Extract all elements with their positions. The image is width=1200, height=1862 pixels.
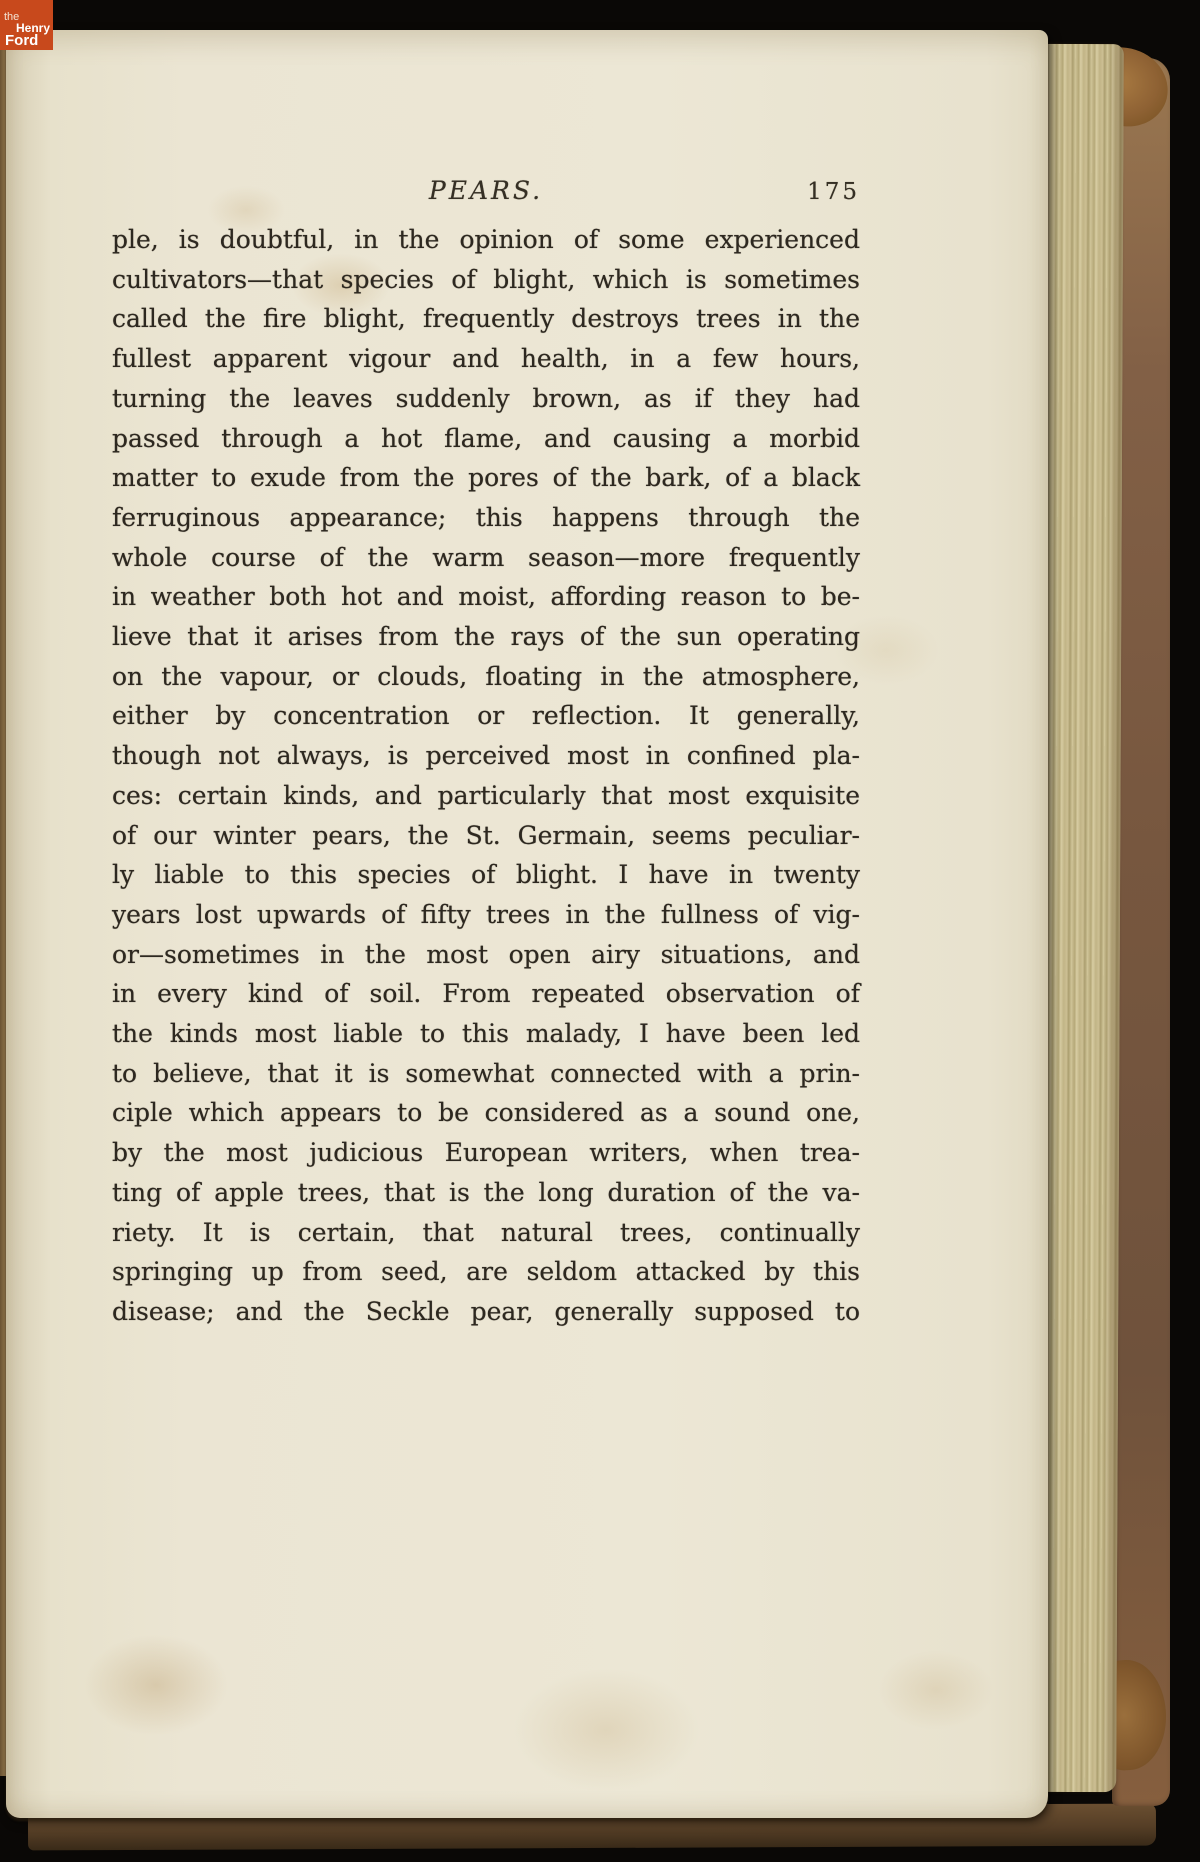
text-line: ferruginous appearance; this happens thr… [112, 498, 860, 538]
text-line: riety. It is certain, that natural trees… [112, 1213, 860, 1253]
text-line: ple, is doubtful, in the opinion of some… [112, 220, 860, 260]
text-line: cultivators—that species of blight, whic… [112, 260, 860, 300]
text-line: either by concentration or reflection. I… [112, 696, 860, 736]
text-line: by the most judicious European writers, … [112, 1133, 860, 1173]
text-line: turning the leaves suddenly brown, as if… [112, 379, 860, 419]
body-text: ple, is doubtful, in the opinion of some… [112, 220, 860, 1332]
text-line: in every kind of soil. From repeated obs… [112, 974, 860, 1014]
text-line: springing up from seed, are seldom attac… [112, 1252, 860, 1292]
text-line: or—sometimes in the most open airy situa… [112, 935, 860, 975]
book-fore-edge [1036, 44, 1124, 1792]
text-line: of our winter pears, the St. Germain, se… [112, 816, 860, 856]
text-line: though not always, is perceived most in … [112, 736, 860, 776]
logo-word-ford: Ford [5, 32, 38, 49]
text-line: disease; and the Seckle pear, generally … [112, 1292, 860, 1332]
text-line: in weather both hot and moist, affording… [112, 577, 860, 617]
text-line: called the fire blight, frequently destr… [112, 299, 860, 339]
text-line: the kinds most liable to this malady, I … [112, 1014, 860, 1054]
text-line: fullest apparent vigour and health, in a… [112, 339, 860, 379]
text-line: years lost upwards of fifty trees in the… [112, 895, 860, 935]
text-line: passed through a hot flame, and causing … [112, 419, 860, 459]
book-page: PEARS. 175 ple, is doubtful, in the opin… [6, 30, 1048, 1818]
text-line: ces: certain kinds, and particularly tha… [112, 776, 860, 816]
running-header-title: PEARS. [429, 176, 543, 205]
text-line: on the vapour, or clouds, floating in th… [112, 657, 860, 697]
text-line: ting of apple trees, that is the long du… [112, 1173, 860, 1213]
book-photo: PEARS. 175 ple, is doubtful, in the opin… [0, 0, 1200, 1862]
page-number: 175 [807, 179, 860, 205]
text-line: to believe, that it is somewhat connecte… [112, 1054, 860, 1094]
text-line: lieve that it arises from the rays of th… [112, 617, 860, 657]
running-header: PEARS. 175 [112, 176, 860, 216]
text-line: ly liable to this species of blight. I h… [112, 855, 860, 895]
text-line: matter to exude from the pores of the ba… [112, 458, 860, 498]
text-line: whole course of the warm season—more fre… [112, 538, 860, 578]
text-line: ciple which appears to be considered as … [112, 1093, 860, 1133]
henry-ford-logo: the Henry Ford [0, 0, 53, 50]
